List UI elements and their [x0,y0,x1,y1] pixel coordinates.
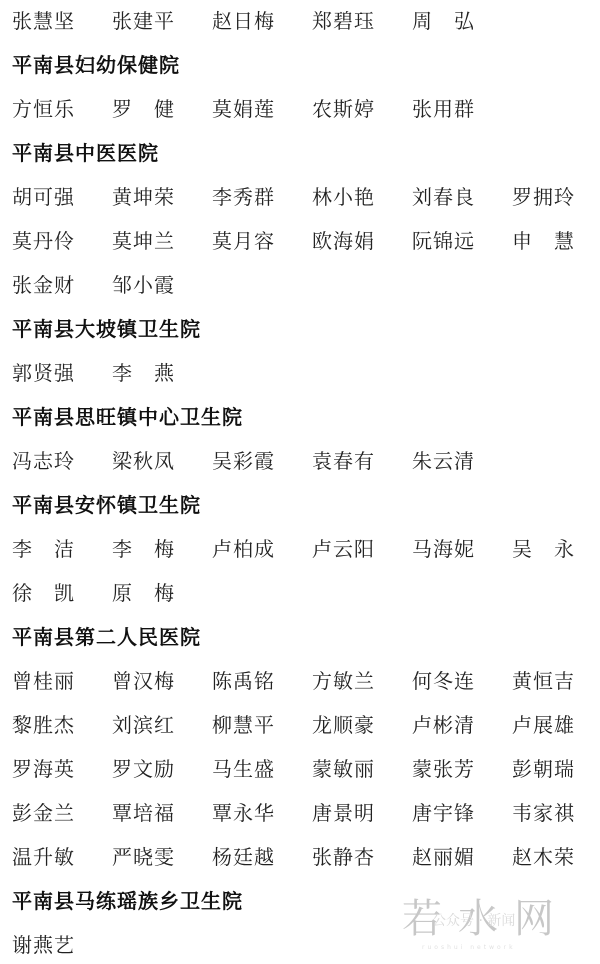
person-name: 张用群 [412,94,475,124]
person-name: 谢燕艺 [12,930,75,960]
person-name: 马海妮 [412,534,475,564]
name-row: 方恒乐罗 健莫娟莲农斯婷张用群 [12,94,600,124]
person-name: 原 梅 [112,578,175,608]
section-heading: 平南县安怀镇卫生院 [12,490,201,520]
person-name: 罗海英 [12,754,75,784]
person-name: 莫娟莲 [212,94,275,124]
section-heading: 平南县妇幼保健院 [12,50,180,80]
person-name: 卢彬清 [412,710,475,740]
watermark-logo: 若水网 公众号 · 新闻 ruoshui network [402,894,582,954]
person-name: 方敏兰 [312,666,375,696]
person-name: 曾桂丽 [12,666,75,696]
person-name: 黄恒吉 [512,666,575,696]
person-name: 罗拥玲 [512,182,575,212]
name-row: 胡可强黄坤荣李秀群林小艳刘春良罗拥玲 [12,182,600,212]
name-row: 郭贤强李 燕 [12,358,600,388]
person-name: 张金财 [12,270,75,300]
person-name: 柳慧平 [212,710,275,740]
person-name: 郑碧珏 [312,6,375,36]
section-heading: 平南县第二人民医院 [12,622,201,652]
name-row: 彭金兰覃培福覃永华唐景明唐宇锋韦家祺 [12,798,600,828]
name-row: 张金财邹小霞 [12,270,600,300]
person-name: 罗文励 [112,754,175,784]
person-name: 覃培福 [112,798,175,828]
person-name: 马生盛 [212,754,275,784]
person-name: 张静杏 [312,842,375,872]
person-name: 赵木荣 [512,842,575,872]
person-name: 李 燕 [112,358,175,388]
person-name: 欧海娟 [312,226,375,256]
person-name: 申 慧 [512,226,575,256]
person-name: 张慧坚 [12,6,75,36]
watermark-tiny-text: ruoshui network [422,944,516,951]
name-row: 李 洁李 梅卢柏成卢云阳马海妮吴 永 [12,534,600,564]
person-name: 阮锦远 [412,226,475,256]
person-name: 梁秋凤 [112,446,175,476]
person-name: 唐宇锋 [412,798,475,828]
person-name: 曾汉梅 [112,666,175,696]
person-name: 徐 凯 [12,578,75,608]
person-name: 唐景明 [312,798,375,828]
name-row: 莫丹伶莫坤兰莫月容欧海娟阮锦远申 慧 [12,226,600,256]
person-name: 莫月容 [212,226,275,256]
person-name: 罗 健 [112,94,175,124]
person-name: 莫坤兰 [112,226,175,256]
person-name: 赵日梅 [212,6,275,36]
name-row: 冯志玲梁秋凤吴彩霞袁春有朱云清 [12,446,600,476]
watermark-sub-text: 公众号 · 新闻 [432,910,515,930]
section-heading: 平南县思旺镇中心卫生院 [12,402,243,432]
person-name: 李 梅 [112,534,175,564]
name-row: 张慧坚张建平赵日梅郑碧珏周 弘 [12,6,600,36]
person-name: 郭贤强 [12,358,75,388]
name-row: 罗海英罗文励马生盛蒙敏丽蒙张芳彭朝瑞 [12,754,600,784]
person-name: 陈禹铭 [212,666,275,696]
person-name: 卢柏成 [212,534,275,564]
person-name: 黄坤荣 [112,182,175,212]
person-name: 林小艳 [312,182,375,212]
person-name: 龙顺豪 [312,710,375,740]
section-heading: 平南县大坡镇卫生院 [12,314,201,344]
section-heading: 平南县中医医院 [12,138,159,168]
person-name: 袁春有 [312,446,375,476]
person-name: 赵丽媚 [412,842,475,872]
person-name: 周 弘 [412,6,475,36]
person-name: 莫丹伶 [12,226,75,256]
name-row: 黎胜杰刘滨红柳慧平龙顺豪卢彬清卢展雄 [12,710,600,740]
person-name: 韦家祺 [512,798,575,828]
person-name: 蒙敏丽 [312,754,375,784]
section-heading: 平南县马练瑶族乡卫生院 [12,886,243,916]
person-name: 严晓雯 [112,842,175,872]
person-name: 李秀群 [212,182,275,212]
person-name: 蒙张芳 [412,754,475,784]
person-name: 刘春良 [412,182,475,212]
person-name: 卢展雄 [512,710,575,740]
person-name: 覃永华 [212,798,275,828]
person-name: 彭金兰 [12,798,75,828]
person-name: 李 洁 [12,534,75,564]
person-name: 刘滨红 [112,710,175,740]
name-row: 曾桂丽曾汉梅陈禹铭方敏兰何冬连黄恒吉 [12,666,600,696]
person-name: 农斯婷 [312,94,375,124]
person-name: 张建平 [112,6,175,36]
person-name: 彭朝瑞 [512,754,575,784]
person-name: 冯志玲 [12,446,75,476]
person-name: 何冬连 [412,666,475,696]
name-row: 温升敏严晓雯杨廷越张静杏赵丽媚赵木荣 [12,842,600,872]
name-row: 徐 凯原 梅 [12,578,600,608]
person-name: 温升敏 [12,842,75,872]
person-name: 黎胜杰 [12,710,75,740]
person-name: 胡可强 [12,182,75,212]
person-name: 方恒乐 [12,94,75,124]
person-name: 吴彩霞 [212,446,275,476]
person-name: 卢云阳 [312,534,375,564]
person-name: 吴 永 [512,534,575,564]
person-name: 杨廷越 [212,842,275,872]
person-name: 邹小霞 [112,270,175,300]
person-name: 朱云清 [412,446,475,476]
